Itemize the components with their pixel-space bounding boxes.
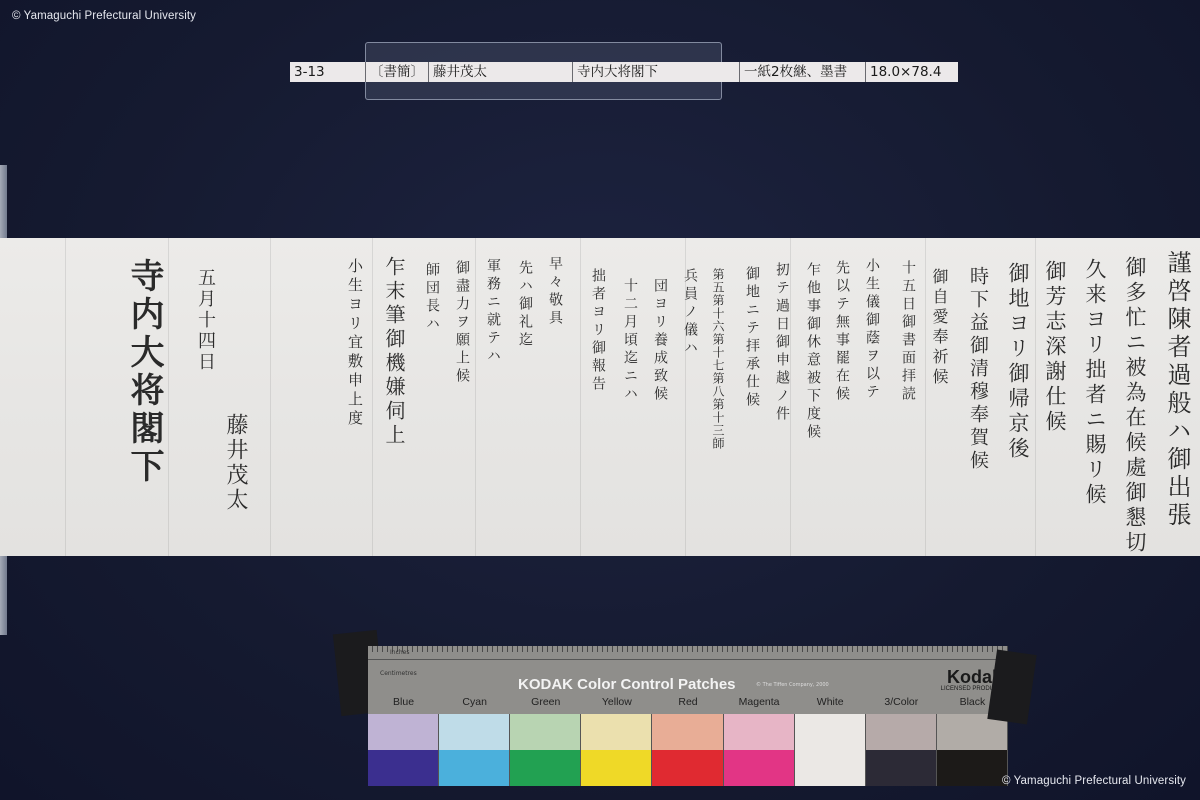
letter-column: 早々敬具	[545, 256, 565, 328]
tiffen-copyright: © The Tiffen Company, 2000	[756, 682, 829, 688]
patch-light	[866, 714, 936, 750]
patch-label-red: Red	[652, 696, 723, 708]
color-patch-yellow	[581, 714, 652, 786]
catalog-number: 3-13	[290, 62, 366, 82]
letter-column: 久来ヨリ拙者ニ賜リ候	[1080, 258, 1110, 508]
letter-column: 小生儀御蔭ヲ以テ	[862, 258, 882, 402]
letter-addressee: 寺内大将閣下	[120, 258, 169, 486]
patch-dark	[652, 750, 722, 786]
ruler-divider	[368, 659, 1008, 660]
letter-column: 団ヨリ養成致候	[650, 278, 670, 404]
catalog-label-strip: 3-13 〔書簡〕 藤井茂太 寺内大将閣下 一紙2枚継、墨書 18.0×78.4	[290, 62, 958, 82]
patch-label-magenta: Magenta	[724, 696, 795, 708]
paper-fold	[65, 238, 66, 556]
patch-labels: Blue Cyan Green Yellow Red Magenta White…	[368, 696, 1008, 708]
paper-fold	[372, 238, 373, 556]
letter-column: 兵員ノ儀ハ	[680, 268, 700, 358]
patch-dark	[510, 750, 580, 786]
letter-date: 五月十四日	[192, 268, 218, 373]
color-patch-3color	[866, 714, 937, 786]
color-patch-magenta	[724, 714, 795, 786]
color-patch-cyan	[439, 714, 510, 786]
dimensions: 18.0×78.4	[866, 62, 958, 82]
patch-dark	[581, 750, 651, 786]
letter-column: 御地ニテ拝承仕候	[742, 266, 762, 410]
recipient-name: 寺内大将閣下	[573, 62, 740, 82]
patch-light	[510, 714, 580, 750]
color-patch-white	[795, 714, 866, 786]
letter-column: 御多忙ニ被為在候處御懇切	[1120, 256, 1150, 556]
patch-dark	[795, 750, 865, 786]
patch-dark	[937, 750, 1007, 786]
patch-light	[581, 714, 651, 750]
letter-column: 先ハ御礼迄	[515, 260, 535, 350]
letter-column: 御地ヨリ御帰京後	[1003, 262, 1033, 462]
letter-column: 十五日御書面拝読	[898, 260, 918, 404]
ruler-cm-label: Centimetres	[380, 670, 417, 677]
format-description: 一紙2枚継、墨書	[740, 62, 866, 82]
letter-column: 第五第十六第十七第八第十三師	[710, 268, 727, 450]
patch-dark	[368, 750, 438, 786]
letter-column: 軍務ニ就テハ	[483, 258, 503, 366]
color-patches	[368, 714, 1008, 786]
patch-light	[368, 714, 438, 750]
patch-dark	[866, 750, 936, 786]
copyright-top-left: © Yamaguchi Prefectural University	[12, 10, 196, 22]
patch-label-yellow: Yellow	[581, 696, 652, 708]
patch-light	[439, 714, 509, 750]
color-patch-red	[652, 714, 723, 786]
paper-fold	[925, 238, 926, 556]
patch-light	[795, 714, 865, 750]
letter-column: 乍末筆御機嫌伺上	[380, 256, 409, 448]
letter-column: 小生ヨリ宜敷申上度	[345, 258, 366, 429]
letter-column: 師団長ハ	[422, 262, 442, 334]
letter-column: 扨テ過日御申越ノ件	[772, 262, 792, 424]
patch-label-cyan: Cyan	[439, 696, 510, 708]
color-patch-blue	[368, 714, 439, 786]
letter-column: 御盡力ヲ願上候	[452, 260, 472, 386]
patch-label-white: White	[795, 696, 866, 708]
patch-light	[724, 714, 794, 750]
sender-name: 藤井茂太	[429, 62, 573, 82]
ruler-scale	[368, 646, 1008, 676]
paper-fold	[580, 238, 581, 556]
patch-label-green: Green	[510, 696, 581, 708]
copyright-bottom-right: © Yamaguchi Prefectural University	[1002, 775, 1186, 787]
handwritten-letter-scroll: 謹啓陳者過般ハ御出張 御多忙ニ被為在候處御懇切 久来ヨリ拙者ニ賜リ候 御芳志深謝…	[0, 238, 1200, 556]
patch-light	[652, 714, 722, 750]
letter-column: 十二月頃迄ニハ	[620, 278, 640, 404]
kodak-color-control-chart: Inches Centimetres KODAK Color Control P…	[368, 646, 1008, 786]
letter-column: 謹啓陳者過般ハ御出張	[1160, 250, 1195, 530]
letter-column: 御芳志深謝仕候	[1040, 260, 1070, 435]
paper-fold	[1035, 238, 1036, 556]
ruler-inches-label: Inches	[390, 649, 410, 656]
letter-column: 拙者ヨリ御報告	[588, 268, 608, 394]
letter-column: 先以テ無事罷在候	[832, 260, 852, 404]
letter-signature: 藤井茂太	[220, 413, 251, 513]
letter-column: 御自愛奉祈候	[928, 268, 951, 388]
item-type: 〔書簡〕	[366, 62, 429, 82]
color-patch-green	[510, 714, 581, 786]
paper-fold	[475, 238, 476, 556]
paper-fold	[270, 238, 271, 556]
letter-column: 乍他事御休意被下度候	[803, 262, 823, 442]
patch-label-blue: Blue	[368, 696, 439, 708]
patch-label-3color: 3/Color	[866, 696, 937, 708]
letter-column: 時下益御清穆奉賀候	[965, 266, 992, 473]
color-patch-black	[937, 714, 1008, 786]
kodak-chart-title: KODAK Color Control Patches	[518, 676, 736, 693]
patch-dark	[724, 750, 794, 786]
patch-dark	[439, 750, 509, 786]
